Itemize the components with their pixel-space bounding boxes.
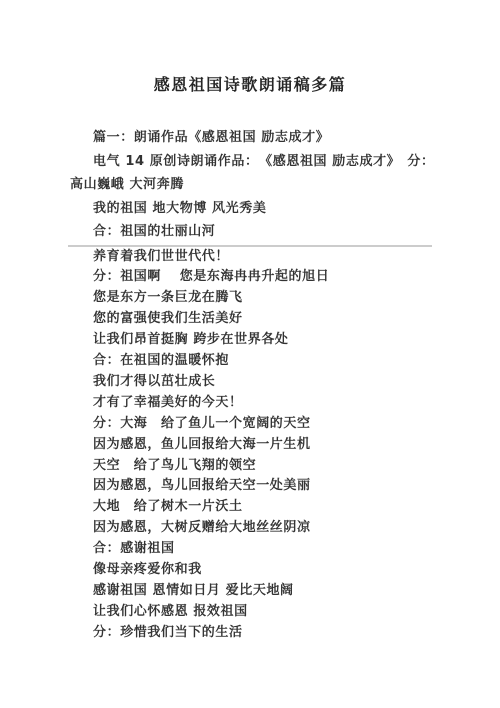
text-line: 篇一：朗诵作品《感恩祖国 励志成才》: [70, 126, 430, 150]
text-line: 高山巍峨 大河奔腾: [70, 173, 430, 197]
text-line: 您是东方一条巨龙在腾飞: [70, 288, 430, 309]
text-line: 才有了幸福美好的今天！: [70, 393, 430, 414]
document-page: 感恩祖国诗歌朗诵稿多篇 篇一：朗诵作品《感恩祖国 励志成才》 电气 14 原创诗…: [0, 0, 500, 708]
text-line: 因为感恩，大树反赠给大地丝丝阴凉: [70, 518, 430, 539]
text-line: 大地 给了树木一片沃土: [70, 497, 430, 518]
document-title: 感恩祖国诗歌朗诵稿多篇: [0, 0, 500, 95]
text-line: 合：祖国的壮丽山河: [70, 220, 430, 244]
text-line: 因为感恩，鱼儿回报给大海一片生机: [70, 435, 430, 456]
text-line: 养育着我们世世代代！: [70, 247, 430, 268]
text-line: 分：珍惜我们当下的生活: [70, 623, 430, 644]
text-line: 像母亲疼爱你和我: [70, 560, 430, 581]
text-line: 感谢祖国 恩情如日月 爱比天地阔: [70, 581, 430, 602]
text-line: 您的富强使我们生活美好: [70, 309, 430, 330]
text-line: 天空 给了鸟儿飞翔的领空: [70, 456, 430, 477]
text-line: 因为感恩，鸟儿回报给天空一处美丽: [70, 476, 430, 497]
text-line: 让我们昂首挺胸 跨步在世界各处: [70, 330, 430, 351]
text-line: 分：大海 给了鱼儿一个宽阔的天空: [70, 414, 430, 435]
stanza-1: 篇一：朗诵作品《感恩祖国 励志成才》 电气 14 原创诗朗诵作品： 《感恩祖国 …: [70, 126, 430, 244]
text-line: 让我们心怀感恩 报效祖国: [70, 602, 430, 623]
text-line: 我的祖国 地大物博 风光秀美: [70, 197, 430, 221]
text-line: 分：祖国啊 您是东海冉冉升起的旭日: [70, 267, 430, 288]
document-body: 篇一：朗诵作品《感恩祖国 励志成才》 电气 14 原创诗朗诵作品： 《感恩祖国 …: [70, 126, 430, 644]
text-line: 电气 14 原创诗朗诵作品： 《感恩祖国 励志成才》 分： 我的祖国: [70, 150, 430, 174]
text-line: 合：在祖国的温暖怀抱: [70, 351, 430, 372]
stanza-2: 养育着我们世世代代！ 分：祖国啊 您是东海冉冉升起的旭日 您是东方一条巨龙在腾飞…: [70, 247, 430, 644]
text-line: 合：感谢祖国: [70, 539, 430, 560]
text-line: 我们才得以茁壮成长: [70, 372, 430, 393]
